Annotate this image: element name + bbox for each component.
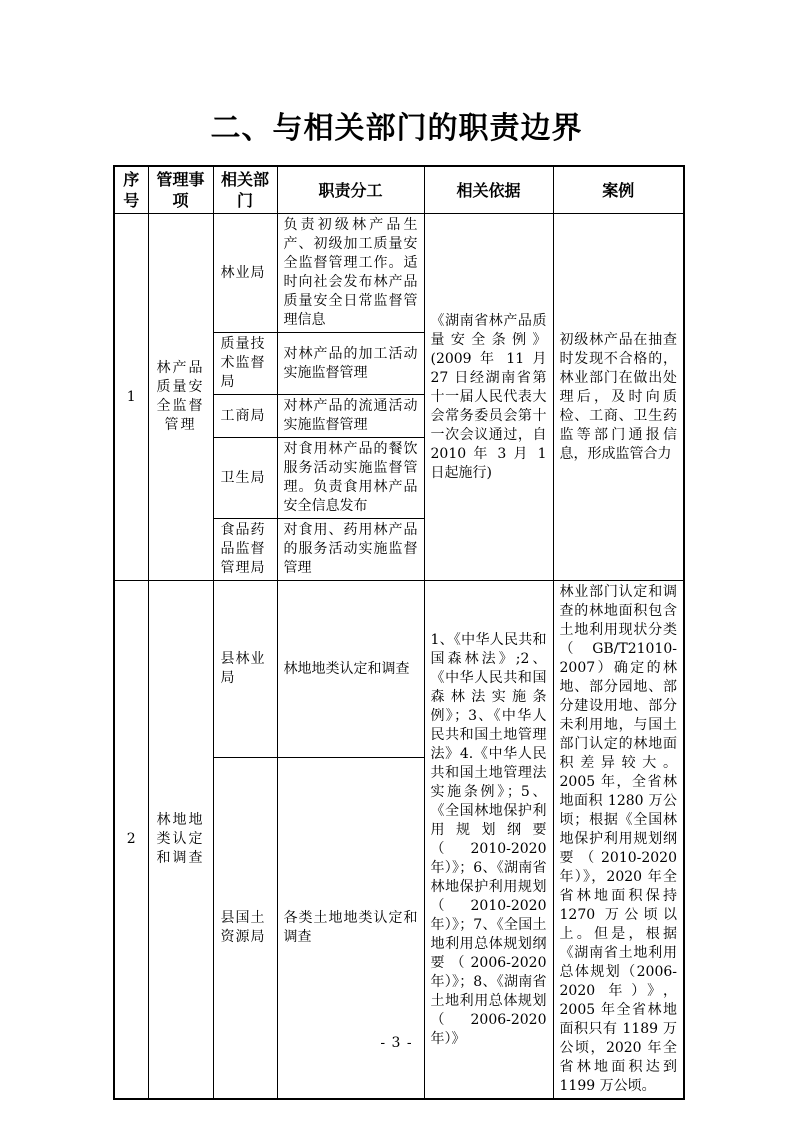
duty-cell: 对林产品的加工活动实施监督管理 [277,333,424,395]
duty-cell: 负责初级林产品生产、初级加工质量安全监督管理工作。适时向社会发布林产品质量安全日… [277,214,424,333]
col-header-department: 相关部门 [213,166,277,214]
duty-cell: 林地地类认定和调查 [277,581,424,758]
row-index: 1 [114,214,148,581]
duty-cell: 对食用林产品的餐饮服务活动实施监督管理。负责食用林产品安全信息发布 [277,438,424,519]
department-cell: 质量技术监督局 [213,333,277,395]
col-header-duty: 职责分工 [277,166,424,214]
col-header-case: 案例 [553,166,684,214]
duty-cell: 对林产品的流通活动实施监督管理 [277,395,424,438]
page-number: - 3 - [0,1035,793,1051]
table-row: 1 林产品质量安全监督管理 林业局 负责初级林产品生产、初级加工质量安全监督管理… [114,214,684,333]
col-header-matter: 管理事项 [148,166,213,214]
case-cell: 林业部门认定和调查的林地面积包含土地利用现状分类（GB/T21010-2007）… [553,581,684,1100]
duty-cell: 对食用、药用林产品的服务活动实施监督管理 [277,519,424,581]
page-title: 二、与相关部门的职责边界 [0,103,793,147]
basis-cell: 1、《中华人民共和国森林法》;2、《中华人民共和国森林法实施条例》；3、《中华人… [424,581,553,1100]
department-cell: 卫生局 [213,438,277,519]
department-cell: 县林业局 [213,581,277,758]
case-cell: 初级林产品在抽查时发现不合格的，林业部门在做出处理后，及时向质检、工商、卫生药监… [553,214,684,581]
department-cell: 工商局 [213,395,277,438]
matter-cell: 林产品质量安全监督管理 [148,214,213,581]
department-cell: 食品药品监督管理局 [213,519,277,581]
header-row: 序号 管理事项 相关部门 职责分工 相关依据 案例 [114,166,684,214]
col-header-index: 序号 [114,166,148,214]
basis-cell: 《湖南省林产品质量安全条例》(2009 年 11 月 27 日经湖南省第十一届人… [424,214,553,581]
matter-cell: 林地地类认定和调查 [148,581,213,1100]
department-cell: 林业局 [213,214,277,333]
responsibility-table: 序号 管理事项 相关部门 职责分工 相关依据 案例 1 林产品质量安全监督管理 … [113,165,685,1100]
table-row: 2 林地地类认定和调查 县林业局 林地地类认定和调查 1、《中华人民共和国森林法… [114,581,684,758]
document-page: 二、与相关部门的职责边界 序号 管理事项 相关部门 职责分工 相关依据 案例 1 [0,0,793,1122]
col-header-basis: 相关依据 [424,166,553,214]
row-index: 2 [114,581,148,1100]
